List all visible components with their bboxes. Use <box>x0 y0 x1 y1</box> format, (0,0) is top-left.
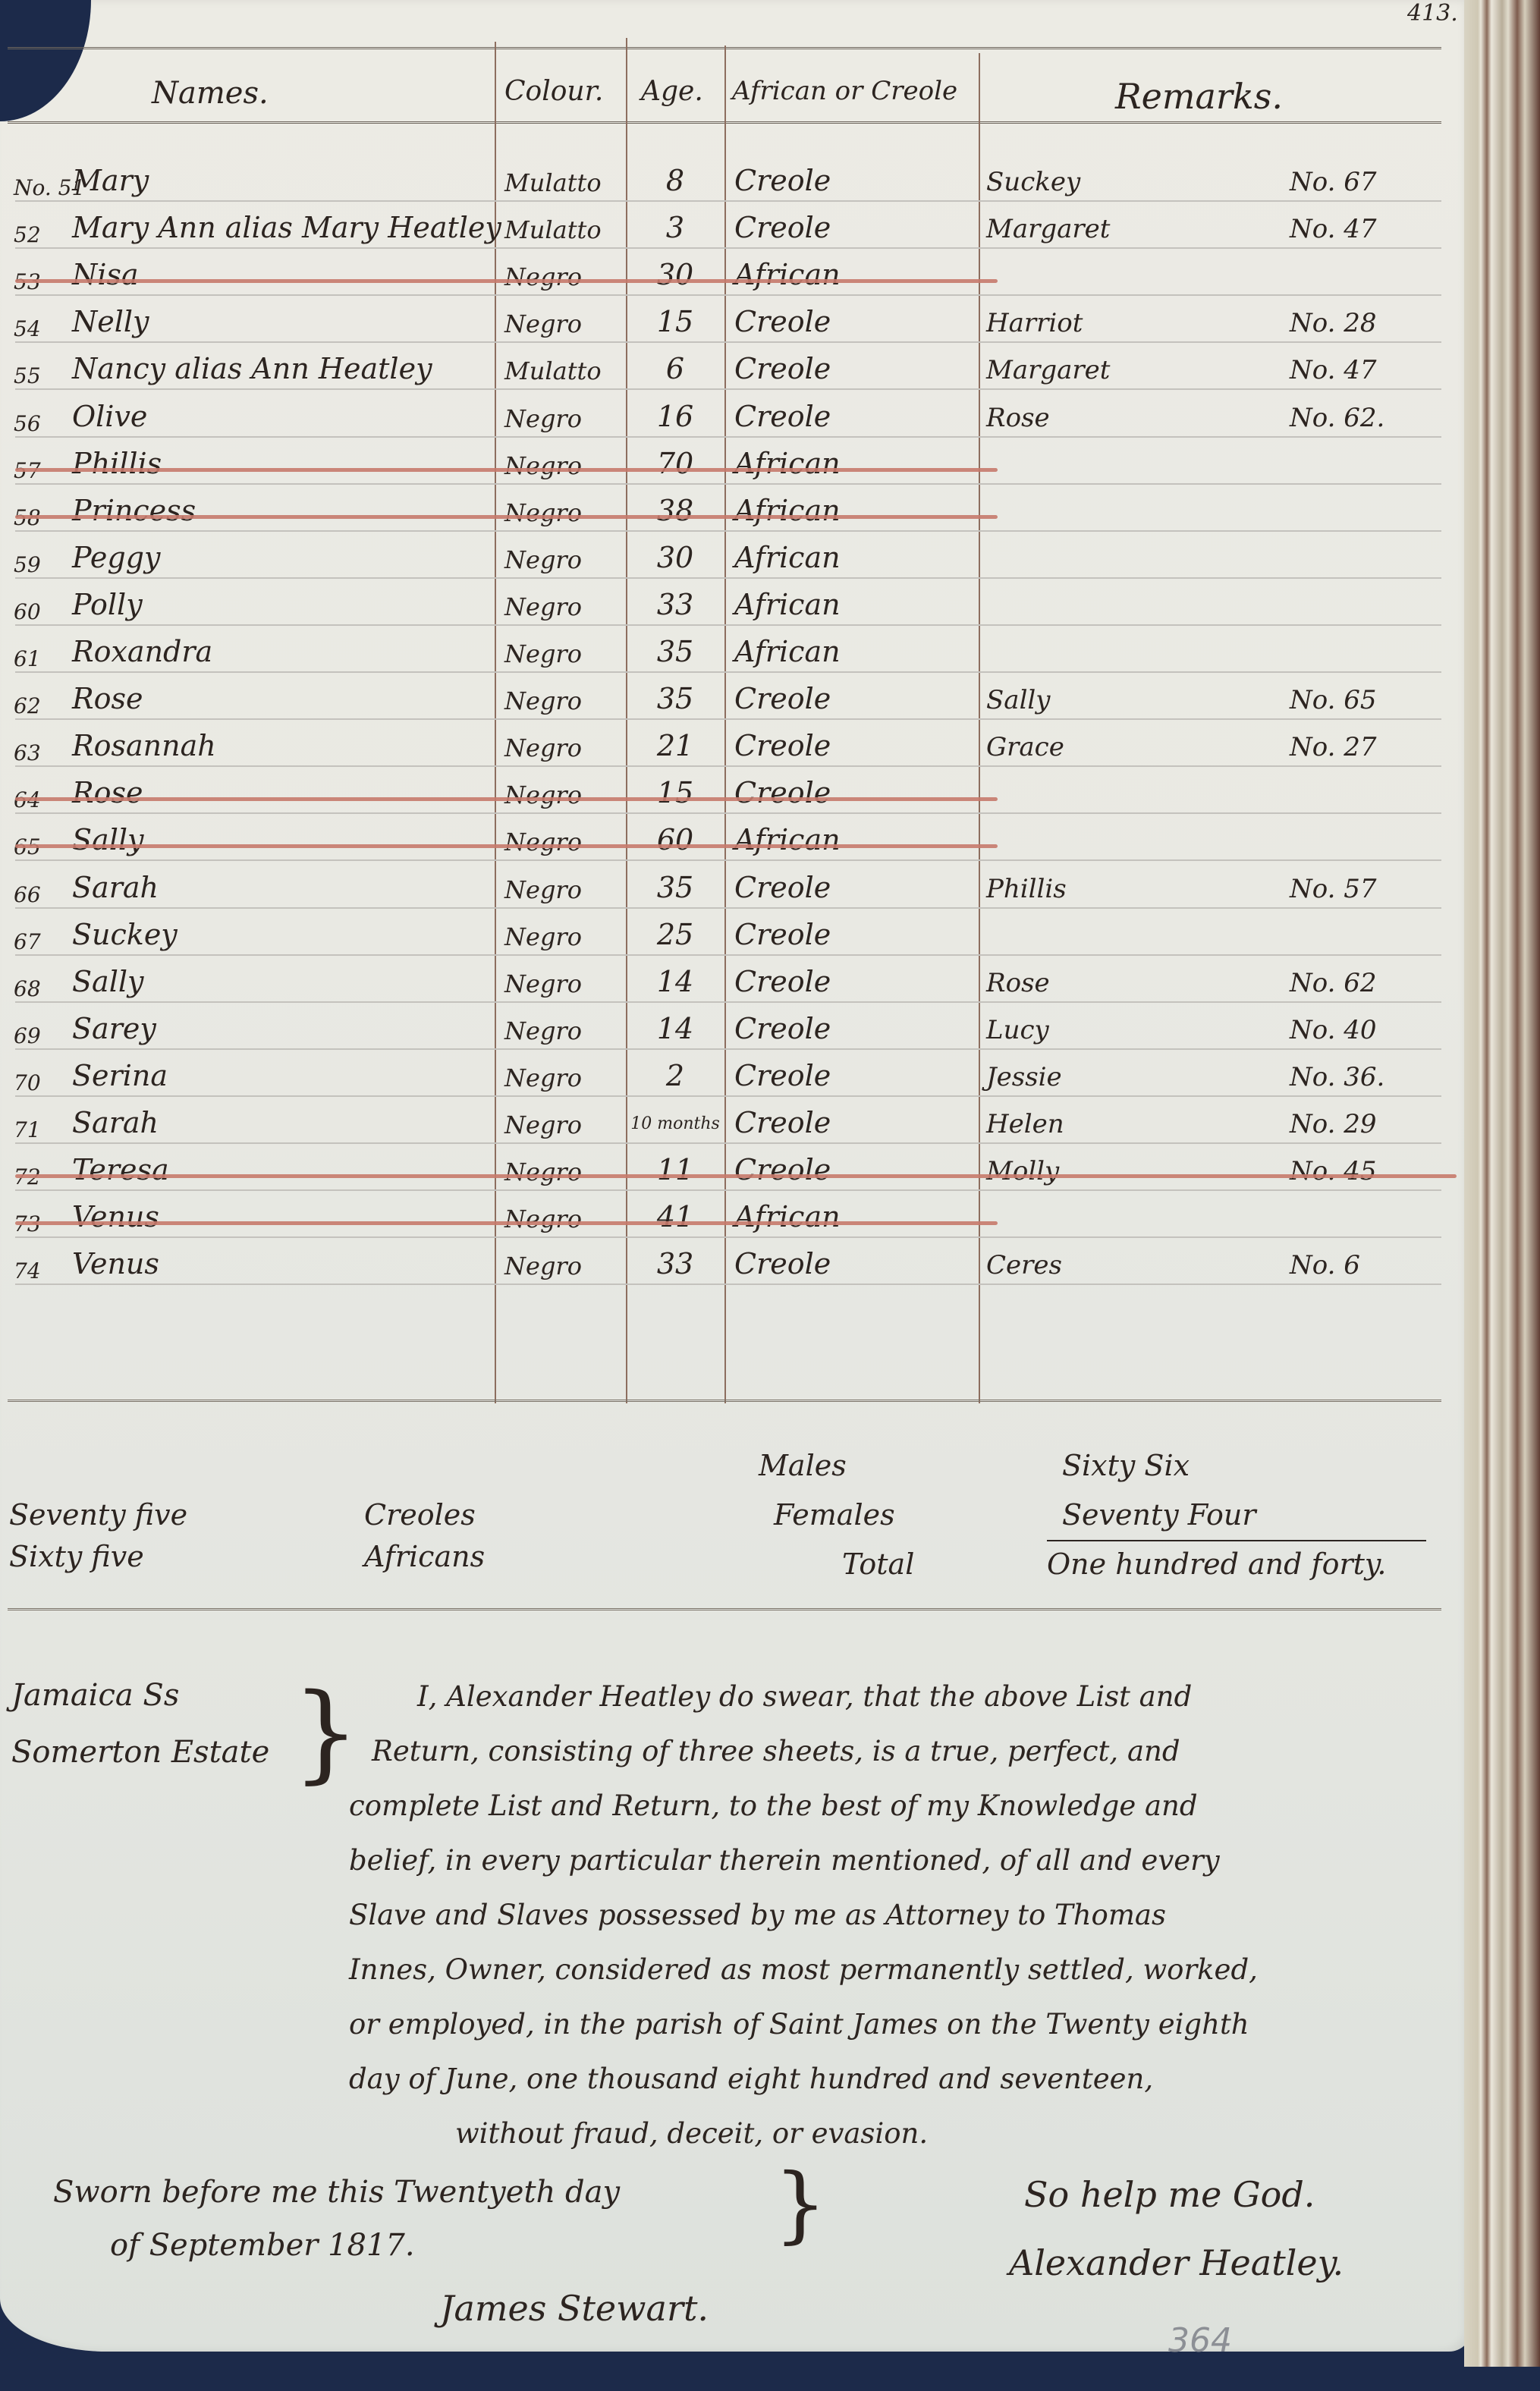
sworn-before-line1: Sworn before me this Twentyeth day <box>53 2177 620 2207</box>
ruled-line <box>15 1236 1441 1238</box>
ruled-line <box>15 388 1441 390</box>
remarks-mother: Margaret <box>986 355 1110 385</box>
table-row: 71SarahNegro10 monthsCreoleHelenNo. 29 <box>0 1100 1472 1147</box>
origin-value: Creole <box>734 1012 831 1045</box>
colour-value: Negro <box>504 1252 582 1280</box>
remarks-reference: No. 27 <box>1290 732 1377 762</box>
oath-brace: } <box>292 1680 360 1786</box>
slave-name: Olive <box>72 400 147 433</box>
remarks-reference: No. 47 <box>1290 355 1377 385</box>
females-label: Females <box>774 1498 895 1532</box>
total-label: Total <box>842 1547 914 1581</box>
red-strikethrough <box>15 844 998 848</box>
origin-value: Creole <box>734 211 831 244</box>
males-value: Sixty Six <box>1062 1449 1190 1482</box>
colour-value: Negro <box>504 1064 582 1092</box>
remarks-mother: Harriot <box>986 308 1083 338</box>
oath-venue-estate: Somerton Estate <box>11 1737 269 1767</box>
age-value: 10 months <box>630 1114 721 1133</box>
origin-value: Creole <box>734 1059 831 1092</box>
column-header-remarks: Remarks. <box>1115 76 1283 117</box>
ruled-line <box>15 247 1441 249</box>
oath-line: Innes, Owner, considered as most permane… <box>349 1956 1258 1984</box>
red-strikethrough <box>15 797 998 801</box>
slave-name: Sarey <box>72 1012 156 1045</box>
remarks-mother: Margaret <box>986 214 1110 244</box>
summary-end-rule <box>8 1608 1441 1610</box>
origin-value: Creole <box>734 305 831 338</box>
colour-value: Negro <box>504 404 582 433</box>
slave-name: Sally <box>72 823 143 856</box>
slave-name: Mary Ann alias Mary Heatley <box>72 211 501 244</box>
remarks-mother: Rose <box>986 403 1050 433</box>
ruled-line <box>15 200 1441 202</box>
remarks-reference: No. 67 <box>1290 167 1377 197</box>
row-number: 71 <box>14 1117 41 1142</box>
closing-formula: So help me God. <box>1024 2177 1315 2212</box>
table-row: 58PrincessNegro38African <box>0 488 1472 535</box>
creoles-label: Creoles <box>364 1498 476 1532</box>
table-row: 65SallyNegro60African <box>0 817 1472 864</box>
colour-value: Negro <box>504 969 582 998</box>
oath-line: complete List and Return, to the best of… <box>349 1792 1198 1820</box>
ruled-line <box>15 907 1441 909</box>
origin-value: African <box>734 447 841 480</box>
row-number: 66 <box>14 882 41 907</box>
oath-line: Slave and Slaves possessed by me as Atto… <box>349 1901 1166 1929</box>
colour-value: Mulatto <box>504 357 602 385</box>
slave-name: Roxandra <box>72 635 212 668</box>
table-row: 70SerinaNegro2CreoleJessieNo. 36. <box>0 1053 1472 1100</box>
age-value: 35 <box>630 635 721 668</box>
colour-value: Negro <box>504 262 582 291</box>
age-value: 30 <box>630 258 721 291</box>
colour-value: Negro <box>504 828 582 856</box>
origin-value: Creole <box>734 729 831 762</box>
column-header-origin: African or Creole <box>732 76 957 106</box>
row-number: 61 <box>14 646 41 671</box>
origin-value: Creole <box>734 1247 831 1280</box>
ruled-line <box>15 718 1441 720</box>
remarks-mother: Jessie <box>986 1062 1062 1092</box>
table-row: 72TeresaNegro11CreoleMollyNo. 45 <box>0 1147 1472 1194</box>
colour-value: Negro <box>504 687 582 715</box>
ruled-line <box>15 1142 1441 1144</box>
table-row: 69SareyNegro14CreoleLucyNo. 40 <box>0 1006 1472 1053</box>
sworn-brace: } <box>774 2162 827 2245</box>
origin-value: Creole <box>734 682 831 715</box>
age-value: 11 <box>630 1153 721 1186</box>
origin-value: African <box>734 258 841 291</box>
ruled-line <box>15 1001 1441 1003</box>
ruled-line <box>15 765 1441 767</box>
colour-value: Negro <box>504 451 582 480</box>
remarks-mother: Phillis <box>986 874 1067 904</box>
remarks-reference: No. 40 <box>1290 1015 1377 1045</box>
ruled-line <box>15 859 1441 861</box>
row-number: 54 <box>14 316 41 341</box>
africans-count: Sixty five <box>9 1540 144 1573</box>
row-number: 67 <box>14 929 41 954</box>
origin-value: Creole <box>734 776 831 809</box>
females-value: Seventy Four <box>1062 1498 1256 1532</box>
remarks-reference: No. 62 <box>1290 968 1377 998</box>
colour-value: Negro <box>504 1111 582 1139</box>
row-number: 59 <box>14 552 41 577</box>
age-value: 30 <box>630 541 721 574</box>
remarks-reference: No. 57 <box>1290 874 1377 904</box>
origin-value: African <box>734 494 841 527</box>
age-value: 2 <box>630 1059 721 1092</box>
colour-value: Negro <box>504 1016 582 1045</box>
age-value: 33 <box>630 588 721 621</box>
remarks-mother: Sally <box>986 685 1051 715</box>
table-row: 56OliveNegro16CreoleRoseNo. 62. <box>0 394 1472 441</box>
age-value: 14 <box>630 965 721 998</box>
table-row: 73VenusNegro41African <box>0 1194 1472 1241</box>
slave-name: Phillis <box>72 447 162 480</box>
colour-value: Negro <box>504 1205 582 1233</box>
origin-value: African <box>734 541 841 574</box>
table-row: 74VenusNegro33CreoleCeresNo. 6 <box>0 1241 1472 1288</box>
age-value: 60 <box>630 823 721 856</box>
red-strikethrough <box>15 1174 1457 1178</box>
row-number: 70 <box>14 1070 41 1095</box>
slave-name: Teresa <box>72 1153 169 1186</box>
folio-number: 413. <box>1407 0 1458 27</box>
table-end-rule <box>8 1400 1441 1402</box>
africans-label: Africans <box>364 1540 485 1573</box>
remarks-reference: No. 36. <box>1290 1062 1384 1092</box>
origin-value: Creole <box>734 918 831 951</box>
remarks-mother: Rose <box>986 968 1050 998</box>
ruled-line <box>15 671 1441 673</box>
ruled-line <box>15 483 1441 485</box>
age-value: 70 <box>630 447 721 480</box>
slave-name: Rosannah <box>72 729 216 762</box>
table-row: 64RoseNegro15Creole <box>0 770 1472 817</box>
ruled-line <box>15 1189 1441 1191</box>
origin-value: African <box>734 635 841 668</box>
pencil-page-number: 364 <box>1168 2321 1232 2360</box>
males-label: Males <box>759 1449 847 1482</box>
remarks-reference: No. 6 <box>1290 1250 1360 1280</box>
colour-value: Negro <box>504 922 582 951</box>
colour-value: Negro <box>504 875 582 904</box>
ruled-line <box>15 1095 1441 1097</box>
row-number: 56 <box>14 411 41 436</box>
age-value: 3 <box>630 211 721 244</box>
oath-line: without fraud, deceit, or evasion. <box>455 2119 928 2148</box>
slave-name: Princess <box>72 494 196 527</box>
red-strikethrough <box>15 279 998 283</box>
row-number: 55 <box>14 363 41 388</box>
slave-name: Nelly <box>72 305 149 338</box>
oath-line: or employed, in the parish of Saint Jame… <box>349 2010 1249 2038</box>
slave-name: Sarah <box>72 871 159 904</box>
slave-name: Mary <box>72 164 149 197</box>
table-row: 61RoxandraNegro35African <box>0 629 1472 676</box>
column-header-names: Names. <box>152 76 269 111</box>
book-page-edges <box>1464 0 1540 2367</box>
table-row: 63RosannahNegro21CreoleGraceNo. 27 <box>0 723 1472 770</box>
row-number: 74 <box>14 1258 41 1283</box>
red-strikethrough <box>15 515 998 519</box>
ruled-line <box>15 341 1441 343</box>
slave-name: Nancy alias Ann Heatley <box>72 352 432 385</box>
colour-value: Negro <box>504 592 582 621</box>
slave-name: Nisa <box>72 258 139 291</box>
colour-value: Negro <box>504 639 582 668</box>
oath-line: belief, in every particular therein ment… <box>349 1846 1220 1874</box>
row-number: 68 <box>14 976 41 1001</box>
age-value: 35 <box>630 682 721 715</box>
slave-name: Venus <box>72 1247 159 1280</box>
remarks-reference: No. 65 <box>1290 685 1377 715</box>
ruled-line <box>15 577 1441 579</box>
ruled-line <box>15 294 1441 296</box>
table-row: 59PeggyNegro30African <box>0 535 1472 582</box>
remarks-reference: No. 45 <box>1290 1156 1377 1186</box>
colour-value: Mulatto <box>504 168 602 197</box>
ruled-line <box>15 954 1441 956</box>
column-header-age: Age. <box>641 76 703 107</box>
remarks-reference: No. 28 <box>1290 308 1377 338</box>
origin-value: African <box>734 1200 841 1233</box>
age-value: 15 <box>630 776 721 809</box>
row-number: 52 <box>14 222 41 247</box>
ruled-line <box>15 1283 1441 1285</box>
colour-value: Mulatto <box>504 215 602 244</box>
age-value: 21 <box>630 729 721 762</box>
origin-value: Creole <box>734 164 831 197</box>
origin-value: Creole <box>734 965 831 998</box>
ruled-line <box>15 1048 1441 1050</box>
remarks-mother: Lucy <box>986 1015 1049 1045</box>
age-value: 14 <box>630 1012 721 1045</box>
row-number: 62 <box>14 693 41 718</box>
table-row: 54NellyNegro15CreoleHarriotNo. 28 <box>0 299 1472 346</box>
row-number: 69 <box>14 1023 41 1048</box>
table-row: 66SarahNegro35CreolePhillisNo. 57 <box>0 865 1472 912</box>
table-row: 57PhillisNegro70African <box>0 441 1472 488</box>
age-value: 41 <box>630 1200 721 1233</box>
remarks-mother: Molly <box>986 1156 1059 1186</box>
ruled-line <box>15 530 1441 532</box>
remarks-mother: Suckey <box>986 167 1080 197</box>
row-number: 60 <box>14 599 41 624</box>
red-strikethrough <box>15 468 998 472</box>
slave-name: Peggy <box>72 541 160 574</box>
colour-value: Negro <box>504 545 582 574</box>
slave-name: Serina <box>72 1059 168 1092</box>
remarks-mother: Grace <box>986 732 1064 762</box>
age-value: 25 <box>630 918 721 951</box>
origin-value: Creole <box>734 352 831 385</box>
table-row: 52Mary Ann alias Mary HeatleyMulatto3Cre… <box>0 205 1472 252</box>
ruled-line <box>15 812 1441 814</box>
oath-line: I, Alexander Heatley do swear, that the … <box>417 1682 1192 1711</box>
remarks-mother: Helen <box>986 1109 1064 1139</box>
table-row: 67SuckeyNegro25Creole <box>0 912 1472 959</box>
age-value: 38 <box>630 494 721 527</box>
age-value: 33 <box>630 1247 721 1280</box>
slave-name: Sally <box>72 965 143 998</box>
table-row: 62RoseNegro35CreoleSallyNo. 65 <box>0 676 1472 723</box>
ledger-page: 413. Names. Colour. Age. African or Creo… <box>0 0 1472 2352</box>
ruled-line <box>15 624 1441 626</box>
age-value: 35 <box>630 871 721 904</box>
origin-value: African <box>734 588 841 621</box>
oath-venue-jamaica: Jamaica Ss <box>11 1680 179 1711</box>
witness-signature: James Stewart. <box>440 2291 709 2326</box>
colour-value: Negro <box>504 1158 582 1186</box>
origin-value: Creole <box>734 1153 831 1186</box>
table-row: No. 51MaryMulatto8CreoleSuckeyNo. 67 <box>0 158 1472 205</box>
sworn-before-line2: of September 1817. <box>110 2230 415 2261</box>
origin-value: Creole <box>734 871 831 904</box>
red-strikethrough <box>15 1221 998 1225</box>
slave-name: Suckey <box>72 918 178 951</box>
origin-value: Creole <box>734 1106 831 1139</box>
slave-name: Polly <box>72 588 143 621</box>
remarks-reference: No. 29 <box>1290 1109 1377 1139</box>
origin-value: Creole <box>734 400 831 433</box>
column-header-colour: Colour. <box>504 76 603 107</box>
total-value: One hundred and forty. <box>1047 1547 1386 1581</box>
origin-value: African <box>734 823 841 856</box>
table-row: 55Nancy alias Ann HeatleyMulatto6CreoleM… <box>0 346 1472 393</box>
slave-name: Rose <box>72 776 143 809</box>
age-value: 16 <box>630 400 721 433</box>
colour-value: Negro <box>504 734 582 762</box>
oath-line: day of June, one thousand eight hundred … <box>349 2065 1153 2093</box>
colour-value: Negro <box>504 781 582 809</box>
colour-value: Negro <box>504 309 582 338</box>
age-value: 8 <box>630 164 721 197</box>
total-underline <box>1047 1540 1426 1541</box>
remarks-reference: No. 62. <box>1290 403 1384 433</box>
table-row: 53NisaNegro30African <box>0 252 1472 299</box>
creoles-count: Seventy five <box>9 1498 187 1532</box>
table-row: 68SallyNegro14CreoleRoseNo. 62 <box>0 959 1472 1006</box>
remarks-reference: No. 47 <box>1290 214 1377 244</box>
row-number: 63 <box>14 740 41 765</box>
slave-name: Rose <box>72 682 143 715</box>
oath-line: Return, consisting of three sheets, is a… <box>372 1737 1180 1765</box>
colour-value: Negro <box>504 498 582 527</box>
table-row: 60PollyNegro33African <box>0 582 1472 629</box>
slave-name: Sarah <box>72 1106 159 1139</box>
slave-name: Venus <box>72 1200 159 1233</box>
age-value: 6 <box>630 352 721 385</box>
page-corner-shadow <box>0 0 91 121</box>
ruled-line <box>15 436 1441 438</box>
remarks-mother: Ceres <box>986 1250 1062 1280</box>
deponent-signature: Alexander Heatley. <box>1009 2245 1344 2280</box>
age-value: 15 <box>630 305 721 338</box>
